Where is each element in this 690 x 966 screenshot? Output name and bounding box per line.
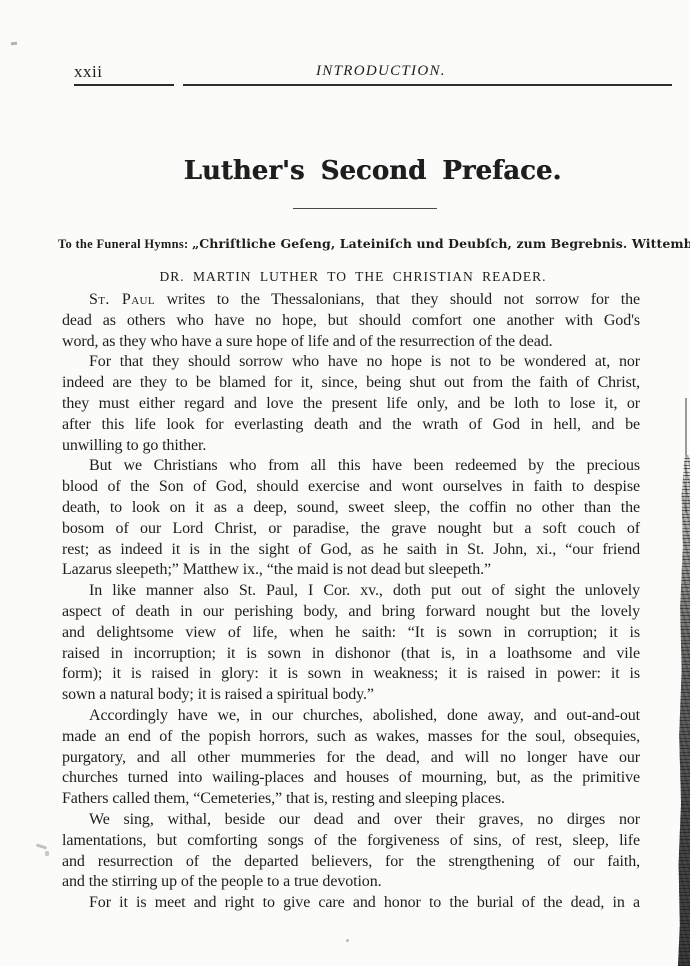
section-title: Luther's Second Preface.	[0, 156, 690, 186]
scan-gutter-shadow-artifact	[678, 455, 690, 966]
text-line: made an end of the popish horrors, such …	[62, 727, 640, 748]
dedication-line: To the Funeral Hymns: „Chriſtliche Geſen…	[0, 236, 690, 252]
title-divider-rule	[293, 208, 437, 209]
text-line: bosom of our Lord Christ, or paradise, t…	[62, 519, 640, 540]
page-number: xxii	[74, 62, 102, 82]
text-line: and delightsome view of life, when he sa…	[62, 623, 640, 644]
text-line: dead as others who have no hope, but sho…	[62, 311, 640, 332]
scan-speck-artifact	[36, 843, 47, 849]
text-line: But we Christians who from all this have…	[62, 456, 640, 477]
header-rule-main	[183, 84, 672, 86]
dedication-fraktur-text: „Chriſtliche Geſeng, Lateiniſch und Deub…	[192, 236, 690, 251]
small-caps-text: St. Paul	[89, 291, 155, 308]
text-line: death, to look on it as a deep, sound, s…	[62, 498, 640, 519]
text-line: sown a natural body; it is raised a spir…	[62, 685, 640, 706]
text-line: unwilling to go thither.	[62, 436, 640, 457]
text-line: purgatory, and all other mummeries for t…	[62, 748, 640, 769]
text-line: indeed are they to be blamed for it, sin…	[62, 373, 640, 394]
salutation-heading: DR. MARTIN LUTHER TO THE CHRISTIAN READE…	[0, 269, 690, 285]
text-line: churches turned into wailing-places and …	[62, 768, 640, 789]
text-line: St. Paul writes to the Thessalonians, th…	[62, 290, 640, 311]
text-line: In like manner also St. Paul, I Cor. xv.…	[62, 581, 640, 602]
text-line: and resurrection of the departed believe…	[62, 852, 640, 873]
text-line: aspect of death in our perishing body, a…	[62, 602, 640, 623]
text-line: raised in incorruption; it is sown in di…	[62, 644, 640, 665]
dedication-roman-label: To the Funeral Hymns:	[58, 237, 192, 251]
text-line: For it is meet and right to give care an…	[62, 893, 640, 914]
text-line: and the stirring up of the people to a t…	[62, 872, 640, 893]
header-rule-left	[74, 84, 174, 86]
scan-speck-artifact	[11, 42, 17, 46]
running-title: INTRODUCTION.	[316, 63, 446, 80]
text-line: Accordingly have we, in our churches, ab…	[62, 706, 640, 727]
body-text: St. Paul writes to the Thessalonians, th…	[62, 290, 640, 914]
text-line: For that they should sorrow who have no …	[62, 352, 640, 373]
text-line: word, as they who have a sure hope of li…	[62, 332, 640, 353]
book-page: xxii INTRODUCTION. Luther's Second Prefa…	[0, 0, 690, 966]
text-line: We sing, withal, beside our dead and ove…	[62, 810, 640, 831]
scan-speck-artifact	[346, 939, 349, 942]
text-line: rest; as indeed it is in the sight of Go…	[62, 540, 640, 561]
scan-speck-artifact	[45, 851, 49, 856]
text-line: they must either regard and love the pre…	[62, 394, 640, 415]
text-line: Lazarus sleepeth;” Matthew ix., “the mai…	[62, 560, 640, 581]
text-line: Fathers called them, “Cemeteries,” that …	[62, 789, 640, 810]
text-line: form); it is raised in glory: it is sown…	[62, 664, 640, 685]
text-line: lamentations, but comforting songs of th…	[62, 831, 640, 852]
text-line: blood of the Son of God, should exercise…	[62, 477, 640, 498]
text-line: after this life look for everlasting dea…	[62, 415, 640, 436]
